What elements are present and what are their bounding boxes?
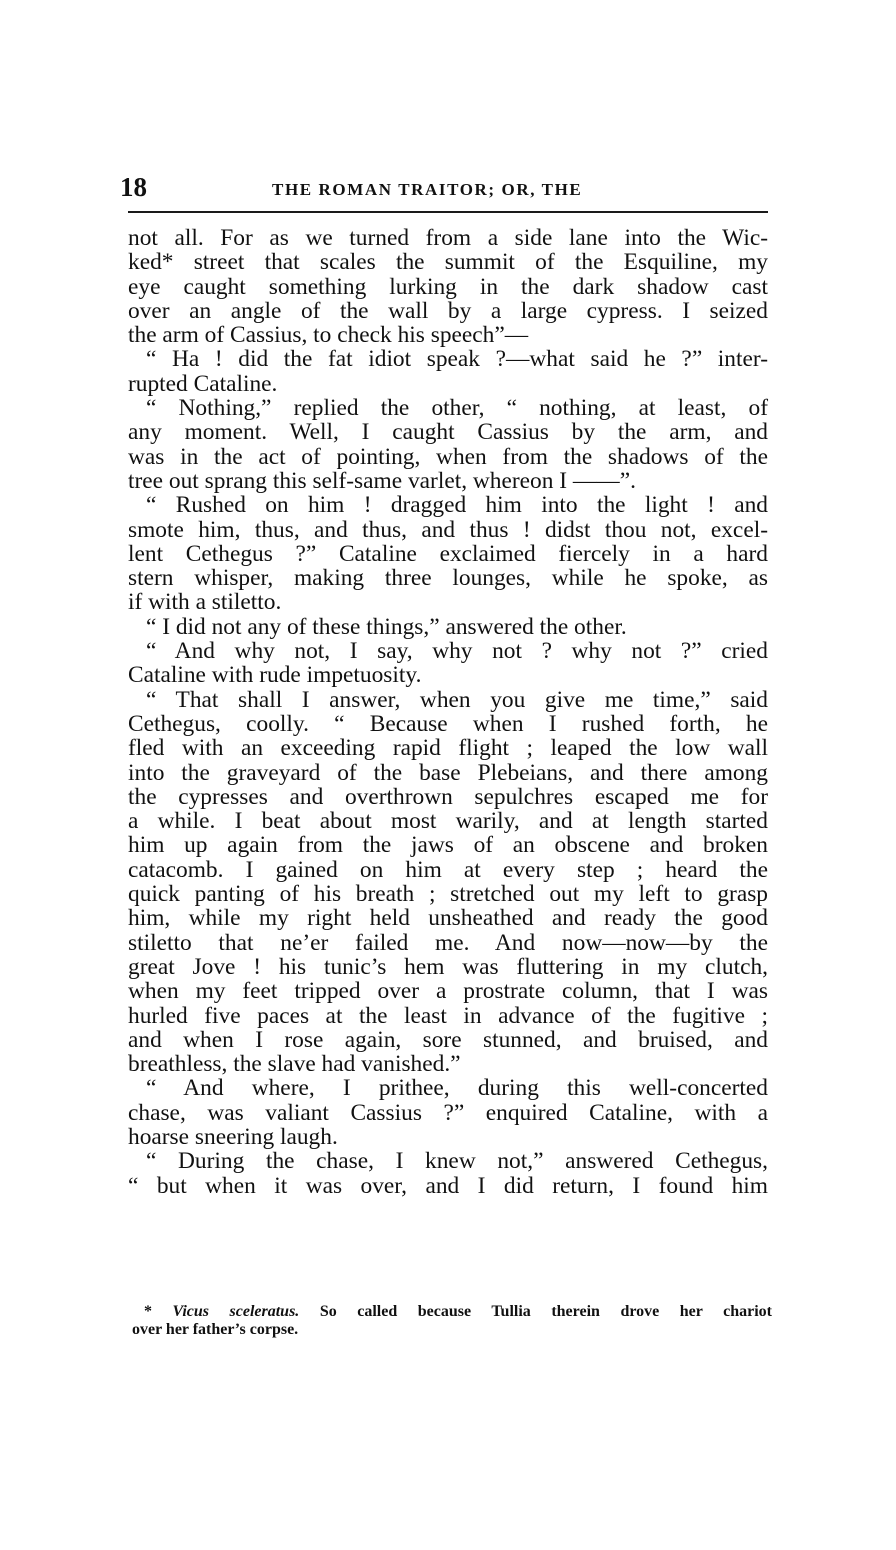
text-line: “ And why not, I say, why not ? why not … bbox=[128, 639, 768, 663]
text-line: “ Nothing,” replied the other, “ nothing… bbox=[128, 396, 768, 420]
text-line: rupted Cataline. bbox=[128, 372, 768, 396]
book-page: 18 THE ROMAN TRAITOR; OR, THE not all. F… bbox=[0, 0, 896, 1550]
text-line: catacomb. I gained on him at every step … bbox=[128, 858, 768, 882]
text-line: chase, was valiant Cassius ?” enquired C… bbox=[128, 1101, 768, 1125]
footnote-line-2: over her father’s corpse. bbox=[132, 1321, 772, 1339]
text-line: “ Ha ! did the fat idiot speak ?—what sa… bbox=[128, 347, 768, 371]
footnote-line-1: * Vicus sceleratus. So called because Tu… bbox=[132, 1303, 772, 1321]
text-line: a while. I beat about most warily, and a… bbox=[128, 809, 768, 833]
text-line: “ I did not any of these things,” answer… bbox=[128, 615, 768, 639]
text-line: lent Cethegus ?” Cataline exclaimed fier… bbox=[128, 542, 768, 566]
text-line: stiletto that ne’er failed me. And now—n… bbox=[128, 931, 768, 955]
text-line: breathless, the slave had vanished.” bbox=[128, 1052, 768, 1076]
text-line: smote him, thus, and thus, and thus ! di… bbox=[128, 518, 768, 542]
text-line: him, while my right held unsheathed and … bbox=[128, 906, 768, 930]
text-line: if with a stiletto. bbox=[128, 590, 768, 614]
text-line: hurled five paces at the least in advanc… bbox=[128, 1004, 768, 1028]
text-line: was in the act of pointing, when from th… bbox=[128, 445, 768, 469]
text-line: Cethegus, coolly. “ Because when I rushe… bbox=[128, 712, 768, 736]
text-line: “ During the chase, I knew not,” answere… bbox=[128, 1149, 768, 1173]
footnote-marker: * bbox=[144, 1303, 173, 1320]
text-line: not all. For as we turned from a side la… bbox=[128, 226, 768, 250]
text-line: “ That shall I answer, when you give me … bbox=[128, 688, 768, 712]
running-title: THE ROMAN TRAITOR; OR, THE bbox=[272, 180, 582, 200]
page-header: 18 THE ROMAN TRAITOR; OR, THE bbox=[120, 172, 768, 202]
text-line: “ Rushed on him ! dragged him into the l… bbox=[128, 493, 768, 517]
text-line: stern whisper, making three lounges, whi… bbox=[128, 566, 768, 590]
header-rule bbox=[128, 211, 768, 213]
text-line: any moment. Well, I caught Cassius by th… bbox=[128, 420, 768, 444]
text-line: quick panting of his breath ; stretched … bbox=[128, 882, 768, 906]
text-line: tree out sprang this self-same varlet, w… bbox=[128, 469, 768, 493]
footnote-text-1: So called because Tullia therein drove h… bbox=[299, 1303, 772, 1320]
footnote-term: Vicus sceleratus. bbox=[173, 1303, 300, 1320]
page-number: 18 bbox=[120, 172, 147, 203]
text-line: the arm of Cassius, to check his speech”… bbox=[128, 323, 768, 347]
text-line: eye caught something lurking in the dark… bbox=[128, 275, 768, 299]
footnote: * Vicus sceleratus. So called because Tu… bbox=[132, 1303, 772, 1339]
text-line: him up again from the jaws of an obscene… bbox=[128, 833, 768, 857]
text-line: “ And where, I prithee, during this well… bbox=[128, 1076, 768, 1100]
body-text: not all. For as we turned from a side la… bbox=[128, 226, 768, 1198]
text-line: fled with an exceeding rapid flight ; le… bbox=[128, 736, 768, 760]
text-line: ked* street that scales the summit of th… bbox=[128, 250, 768, 274]
text-line: and when I rose again, sore stunned, and… bbox=[128, 1028, 768, 1052]
text-line: great Jove ! his tunic’s hem was flutter… bbox=[128, 955, 768, 979]
text-line: into the graveyard of the base Plebeians… bbox=[128, 761, 768, 785]
text-line: the cypresses and overthrown sepulchres … bbox=[128, 785, 768, 809]
text-line: when my feet tripped over a prostrate co… bbox=[128, 979, 768, 1003]
text-line: Cataline with rude impetuosity. bbox=[128, 663, 768, 687]
text-line: over an angle of the wall by a large cyp… bbox=[128, 299, 768, 323]
text-line: “ but when it was over, and I did return… bbox=[128, 1174, 768, 1198]
text-line: hoarse sneering laugh. bbox=[128, 1125, 768, 1149]
